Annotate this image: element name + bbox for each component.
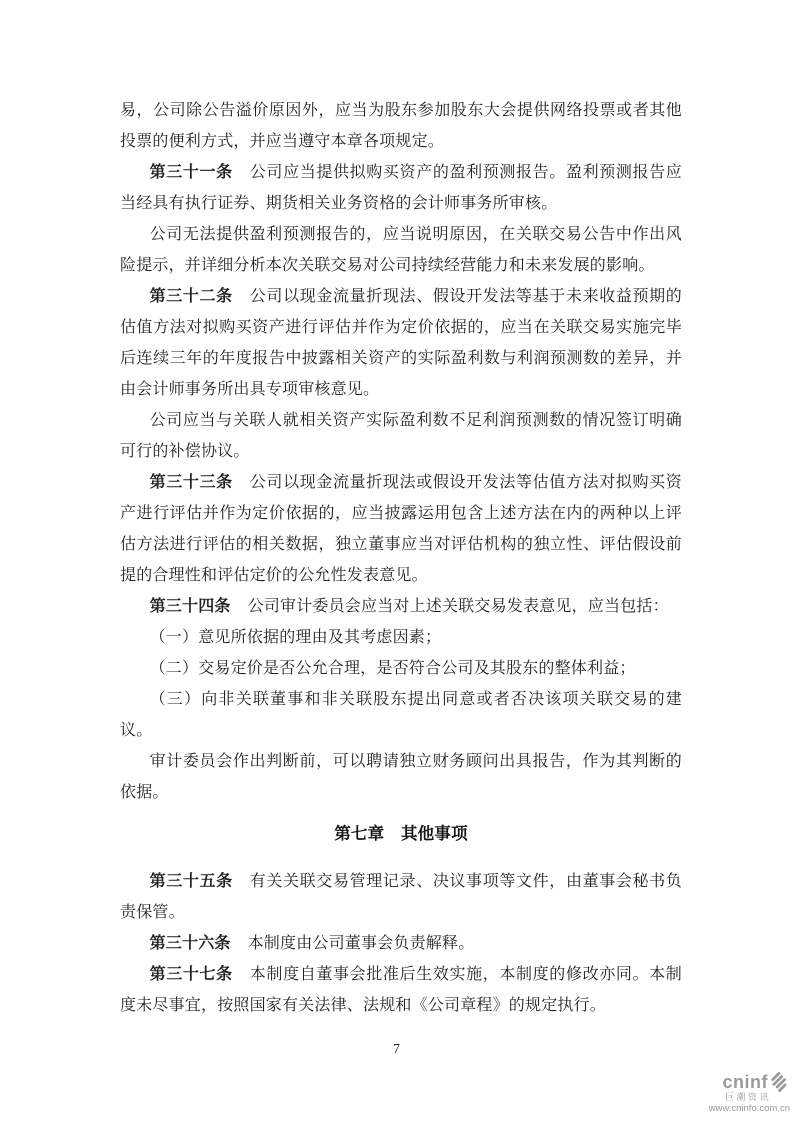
article-paragraph: 第三十六条本制度由公司董事会负责解释。 bbox=[120, 928, 682, 959]
article-number: 第三十六条 bbox=[150, 935, 231, 952]
paragraph-text: 公司应当与关联人就相关资产实际盈利数不足利润预测数的情况签订明确可行的补偿协议。 bbox=[120, 412, 682, 460]
paragraph-text: 审计委员会作出判断前，可以聘请独立财务顾问出具报告，作为其判断的依据。 bbox=[120, 753, 682, 801]
article-paragraph: 第三十二条公司以现金流量折现法、假设开发法等基于未来收益预期的估值方法对拟购买资… bbox=[120, 281, 682, 405]
paragraph-text: 易，公司除公告溢价原因外，应当为股东参加股东大会提供网络投票或者其他投票的便利方… bbox=[120, 102, 682, 150]
article-number: 第三十七条 bbox=[150, 966, 233, 983]
body-paragraph: 公司无法提供盈利预测报告的，应当说明原因，在关联交易公告中作出风险提示，并详细分… bbox=[120, 219, 682, 281]
cninfo-logo: cninf 巨潮资讯 www.cninfo.com.cn bbox=[690, 1072, 790, 1114]
cninfo-chinese-name: 巨潮资讯 bbox=[690, 1093, 771, 1102]
paragraph-text: 公司审计委员会应当对上述关联交易发表意见，应当包括： bbox=[248, 598, 669, 615]
paragraph-text: 公司无法提供盈利预测报告的，应当说明原因，在关联交易公告中作出风险提示，并详细分… bbox=[120, 226, 682, 274]
article-paragraph: 第三十四条公司审计委员会应当对上述关联交易发表意见，应当包括： bbox=[120, 591, 682, 622]
paragraph-text: （一）意见所依据的理由及其考虑因素； bbox=[150, 629, 442, 646]
article-number: 第三十一条 bbox=[150, 164, 233, 181]
article-number: 第三十三条 bbox=[150, 474, 233, 491]
article-paragraph: 第三十七条本制度自董事会批准后生效实施，本制度的修改亦同。本制度未尽事宜，按照国… bbox=[120, 959, 682, 1021]
cninfo-url: www.cninfo.com.cn bbox=[690, 1104, 790, 1114]
paragraph-text: 本制度由公司董事会负责解释。 bbox=[248, 935, 475, 952]
cninfo-logo-row: cninf bbox=[690, 1072, 790, 1092]
article-number: 第三十四条 bbox=[150, 598, 231, 615]
cninfo-swirl-icon bbox=[769, 1072, 790, 1092]
body-paragraph: 公司应当与关联人就相关资产实际盈利数不足利润预测数的情况签订明确可行的补偿协议。 bbox=[120, 405, 682, 467]
cninfo-brand-text: cninf bbox=[723, 1073, 769, 1091]
chapter-heading: 第七章 其他事项 bbox=[120, 819, 682, 850]
article-paragraph: 第三十五条有关关联交易管理记录、决议事项等文件，由董事会秘书负责保管。 bbox=[120, 866, 682, 928]
body-paragraph: （三）向非关联董事和非关联股东提出同意或者否决该项关联交易的建议。 bbox=[120, 684, 682, 746]
document-body: 易，公司除公告溢价原因外，应当为股东参加股东大会提供网络投票或者其他投票的便利方… bbox=[120, 95, 682, 1021]
body-paragraph: （二）交易定价是否公允合理，是否符合公司及其股东的整体利益； bbox=[120, 653, 682, 684]
article-number: 第三十五条 bbox=[150, 873, 233, 890]
article-paragraph: 第三十三条公司以现金流量折现法或假设开发法等估值方法对拟购买资产进行评估并作为定… bbox=[120, 467, 682, 591]
document-page: 易，公司除公告溢价原因外，应当为股东参加股东大会提供网络投票或者其他投票的便利方… bbox=[0, 0, 793, 1122]
body-paragraph: （一）意见所依据的理由及其考虑因素； bbox=[120, 622, 682, 653]
body-paragraph: 审计委员会作出判断前，可以聘请独立财务顾问出具报告，作为其判断的依据。 bbox=[120, 746, 682, 808]
paragraph-text: （三）向非关联董事和非关联股东提出同意或者否决该项关联交易的建议。 bbox=[120, 691, 682, 739]
article-number: 第三十二条 bbox=[150, 288, 233, 305]
page-number: 7 bbox=[0, 1041, 793, 1057]
body-paragraph: 易，公司除公告溢价原因外，应当为股东参加股东大会提供网络投票或者其他投票的便利方… bbox=[120, 95, 682, 157]
article-paragraph: 第三十一条公司应当提供拟购买资产的盈利预测报告。盈利预测报告应当经具有执行证券、… bbox=[120, 157, 682, 219]
paragraph-text: （二）交易定价是否公允合理，是否符合公司及其股东的整体利益； bbox=[150, 660, 636, 677]
